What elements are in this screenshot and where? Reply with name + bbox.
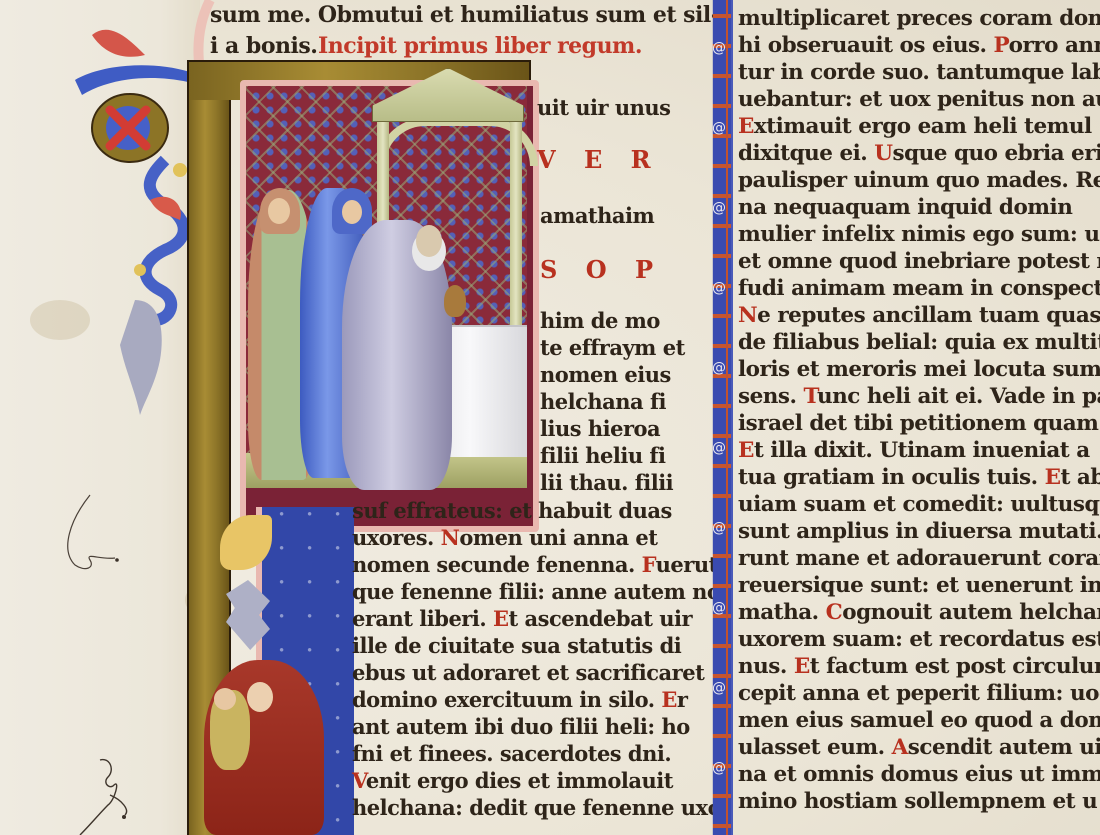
text-line: sunt amplius in diuersa mutati. E [738, 519, 1100, 544]
figure-head [268, 198, 290, 224]
text-line: uebantur: et uox penitus non au [738, 87, 1100, 112]
text-line: reuersique sunt: et uenerunt in domum [738, 573, 1100, 598]
border-swirl-icon: @ [712, 600, 726, 616]
book-heading-rubric: Incipit primus liber regum. [318, 33, 642, 59]
text-line: et omne quod inebriare potest non b [738, 249, 1100, 274]
figure-head [342, 200, 362, 224]
text-line: mino hostiam sollempnem et u [738, 789, 1097, 814]
text-line: nomen secunde fenenna. Fuerut [352, 552, 718, 577]
pen-flourish-icon [70, 755, 150, 835]
text-line: loris et meroris mei locuta sum u [738, 357, 1100, 382]
border-rule-red [726, 0, 728, 835]
text-line: Extimauit ergo eam heli temul [738, 114, 1092, 139]
text-line: fni et finees. sacerdotes dni. [352, 741, 671, 766]
text-line: uxorem suam: et recordatus est eius [738, 627, 1100, 652]
text-line: Ne reputes ancillam tuam quasi [738, 303, 1100, 328]
text-line: nus. Et factum est post circulum di [738, 654, 1100, 679]
rubricated-capital: E [794, 654, 810, 679]
text-line: uit uir unus [537, 95, 671, 120]
text-line: runt mane et adorauerunt coram do [738, 546, 1100, 571]
text-line: amathaim [540, 203, 654, 228]
text-line: mulier infelix nimis ego sum: ui [738, 222, 1100, 247]
text-line: cepit anna et peperit filium: uoca [738, 681, 1100, 706]
text-line: erant liberi. Et ascendebat uir [352, 606, 692, 631]
text-line: i a bonis. [210, 33, 317, 59]
text-line: lius hieroa [540, 416, 660, 441]
text-line: Venit ergo dies et immolauit [352, 768, 673, 793]
text-line: que fenenne filii: anne autem no [352, 579, 720, 604]
text-line: filii heliu fi [540, 443, 665, 468]
rubricated-capital: V [352, 768, 366, 793]
rubricated-capital: E [738, 438, 754, 463]
text-line: helchana: dedit que fenenne uxo [352, 795, 721, 820]
border-swirl-icon: @ [712, 280, 726, 296]
border-swirl-icon: @ [712, 200, 726, 216]
border-swirl-icon: @ [712, 680, 726, 696]
text-line: nomen eius [540, 362, 671, 387]
rubricated-capital: F [642, 552, 656, 577]
display-letters: S O P [540, 255, 663, 284]
text-line: uxores. Nomen uni anna et [352, 525, 658, 550]
text-line: sum me. Obmutui et humiliatus sum et sil… [210, 2, 719, 28]
figure-priest-head [416, 225, 442, 257]
border-swirl-icon: @ [712, 120, 726, 136]
figure-head [247, 682, 273, 712]
text-line: Et illa dixit. Utinam inueniat a [738, 438, 1090, 463]
border-swirl-icon: @ [712, 40, 726, 56]
text-line: ebus ut adoraret et sacrificaret [352, 660, 704, 685]
rubricated-capital: N [441, 525, 460, 550]
rubricated-capital: E [661, 687, 677, 712]
text-line: lii thau. filii [540, 470, 673, 495]
rubricated-capital: C [826, 600, 843, 625]
figure-priest [342, 220, 452, 490]
border-swirl-icon: @ [712, 520, 726, 536]
rubricated-capital: E [1045, 465, 1061, 490]
display-letters: V E R [537, 145, 661, 174]
text-line: hi obseruauit os eius. Porro anna lo [738, 33, 1100, 58]
rubricated-capital: U [874, 141, 892, 166]
text-line: tur in corde suo. tantumque labia [738, 60, 1100, 85]
border-swirl-icon: @ [712, 360, 726, 376]
text-line: matha. Cognouit autem helchana [738, 600, 1100, 625]
rubricated-capital: T [804, 384, 818, 409]
rubricated-capital: P [994, 33, 1009, 58]
rubricated-capital: A [892, 735, 908, 760]
text-line: fudi animam meam in conspectu [738, 276, 1100, 301]
border-rule-blue [731, 0, 733, 835]
text-line: tua gratiam in oculis tuis. Et abiit [738, 465, 1100, 490]
rubricated-capital: E [493, 606, 509, 631]
text-line: helchana fi [540, 389, 666, 414]
text-line: paulisper uinum quo mades. Re [738, 168, 1100, 193]
text-line: israel det tibi petitionem quam rog [738, 411, 1100, 436]
text-line: ille de ciuitate sua statutis di [352, 633, 681, 658]
text-line: ulasset eum. Ascendit autem uir eiu [738, 735, 1100, 760]
text-line: domino exercituum in silo. Er [352, 687, 688, 712]
text-line: men eius samuel eo quod a dom [738, 708, 1100, 733]
offering-figure [444, 285, 466, 317]
text-line: na et omnis domus eius ut imm [738, 762, 1100, 787]
text-line: te effraym et [540, 335, 685, 360]
text-line: dixitque ei. Usque quo ebria eris? D [738, 141, 1100, 166]
rubricated-capital: E [738, 114, 754, 139]
text-line: na nequaquam inquid domin [738, 195, 1072, 220]
border-swirl-icon: @ [712, 440, 726, 456]
border-swirl-icon: @ [712, 760, 726, 776]
rubricated-capital: N [738, 303, 757, 328]
text-line: sens. Tunc heli ait ei. Vade in pac [738, 384, 1100, 409]
pen-flourish-icon [60, 490, 130, 580]
column-2-text: multiplicaret preces coram domin hi obse… [738, 0, 1100, 835]
text-line: ant autem ibi duo filii heli: ho [352, 714, 690, 739]
figure-head [214, 688, 236, 710]
text-line: suf effrateus: et habuit duas [352, 498, 672, 523]
text-line: him de mo [540, 308, 660, 333]
text-line: multiplicaret preces coram domin [738, 6, 1100, 31]
text-line: de filiabus belial: quia ex multitu [738, 330, 1100, 355]
text-line: uiam suam et comedit: uultusque [738, 492, 1100, 517]
